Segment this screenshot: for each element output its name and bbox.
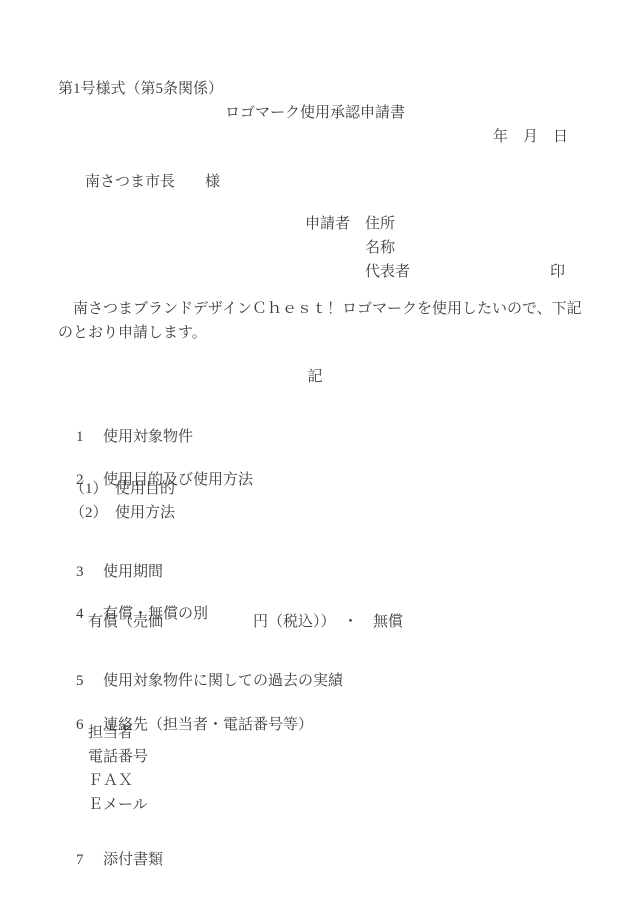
item-2-sub-2: （2） 使用方法 <box>70 505 175 521</box>
item-3: 3使用期間 <box>61 548 163 564</box>
seal-label: 印 <box>550 264 565 280</box>
item-6: 6連絡先（担当者・電話番号等） <box>61 701 313 717</box>
item-2: 2使用目的及び使用方法 <box>61 456 253 472</box>
item-2-sub-1: （1） 使用目的 <box>70 481 175 497</box>
body-line-1: 南さつまブランドデザインＣｈｅｓｔ！ロゴマークを使用したいので、下記 <box>58 301 582 317</box>
item-4: 4有償・無償の別 <box>61 590 208 606</box>
addressee: 南さつま市長 様 <box>85 174 220 190</box>
item-7-number: 7 <box>76 852 103 868</box>
contact-person-label: 担当者 <box>88 725 133 741</box>
item-7: 7添付書類 <box>61 836 163 852</box>
applicant-address-row: 申請者 住所 <box>305 216 395 232</box>
date-line: 年 月 日 <box>0 129 568 145</box>
item-5: 5使用対象物件に関しての過去の実績 <box>61 657 343 673</box>
applicant-name-label: 名称 <box>365 240 395 256</box>
contact-email-label: Ｅメール <box>88 797 148 813</box>
document-title: ロゴマーク使用承認申請書 <box>0 105 630 121</box>
application-form-page: 第1号様式（第5条関係） ロゴマーク使用承認申請書 年 月 日 南さつま市長 様… <box>0 0 630 915</box>
item-3-number: 3 <box>76 564 103 580</box>
item-6-label: 連絡先（担当者・電話番号等） <box>103 717 313 733</box>
record-marker: 記 <box>0 369 630 385</box>
item-5-label: 使用対象物件に関しての過去の実績 <box>103 673 343 689</box>
item-1-label: 使用対象物件 <box>103 429 193 445</box>
item-4-price-line: 有償（売価 円（税込）） ・ 無償 <box>88 614 403 630</box>
item-5-number: 5 <box>76 673 103 689</box>
item-7-label: 添付書類 <box>103 852 163 868</box>
contact-phone-label: 電話番号 <box>88 749 148 765</box>
form-number: 第1号様式（第5条関係） <box>58 81 223 97</box>
applicant-representative-label: 代表者 <box>365 264 410 280</box>
item-1-number: 1 <box>76 429 103 445</box>
item-3-label: 使用期間 <box>103 564 163 580</box>
contact-fax-label: ＦＡＸ <box>88 773 133 789</box>
body-line-2: のとおり申請します。 <box>58 325 207 341</box>
item-1: 1使用対象物件 <box>61 413 193 429</box>
